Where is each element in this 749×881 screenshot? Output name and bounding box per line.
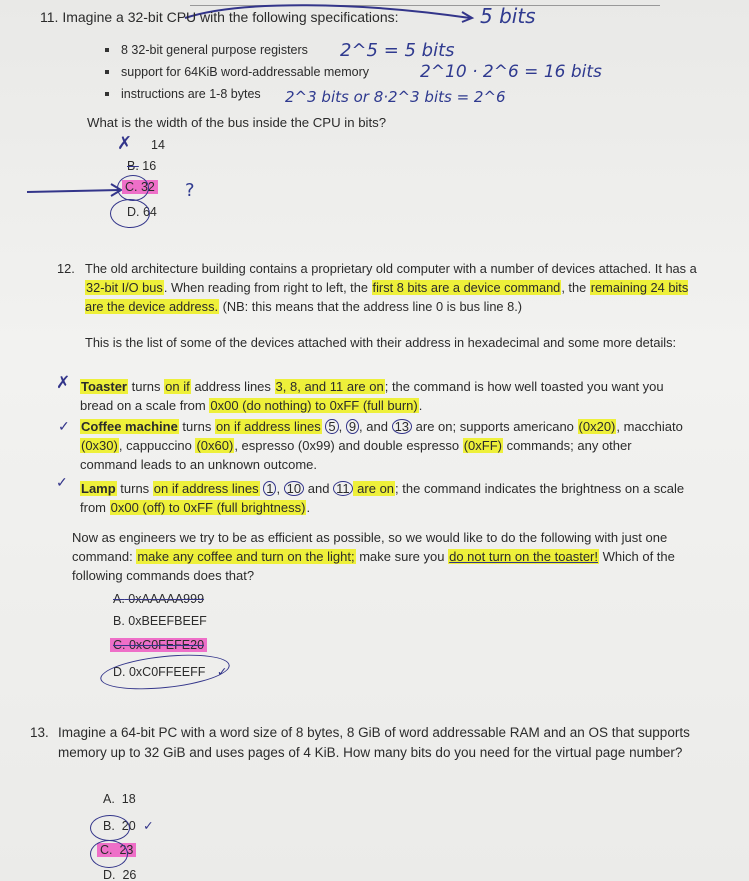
device-text: turns (179, 419, 215, 434)
q12-text: . When reading from right to left, the (164, 280, 372, 295)
highlight: (0xFF) (463, 438, 503, 453)
q12-option-c[interactable]: C. 0xC0FEFE20 (110, 638, 207, 652)
circled-line: 1 (263, 481, 276, 496)
highlight: on if address lines (153, 481, 260, 496)
q12-option-c-text: C. 0xC0FEFE20 (110, 638, 207, 652)
check-mark-icon: ✓ (143, 819, 153, 833)
q11-number: 11. (40, 9, 58, 25)
device-toaster: ✗ Toaster turns on if address lines 3, 8… (64, 377, 689, 415)
q12-text: , the (561, 280, 589, 295)
q11-option-a[interactable]: ✗ 14 (133, 138, 165, 152)
device-text: and (304, 481, 333, 496)
circled-line: 13 (392, 419, 412, 434)
note-question-mark: ? (185, 180, 195, 201)
q12-option-a-value: 0xAAAAA999 (128, 592, 204, 606)
device-text: , espresso (0x99) and double espresso (234, 438, 462, 453)
note-memory: 2^10 · 2^6 = 16 bits (420, 62, 602, 82)
device-text: address lines (191, 379, 275, 394)
highlight: make any coffee and turn on the light; (136, 549, 355, 564)
highlight: do not turn on the toaster! (448, 549, 599, 564)
device-text: are on; supports americano (412, 419, 577, 434)
note-instructions: 2^3 bits or 8·2^3 bits = 2^6 (285, 88, 506, 106)
device-text: , (339, 419, 346, 434)
q11-option-b[interactable]: B. 16 (127, 159, 156, 173)
device-name-lamp: Lamp (80, 481, 117, 496)
q12-option-b-label: B. (113, 614, 125, 628)
q11-option-b-label: B. (127, 159, 139, 173)
q12-option-c-label: C. (113, 638, 126, 652)
check-mark-icon: ✓ (58, 417, 70, 436)
highlight: 0x00 (off) to 0xFF (full brightness) (110, 500, 307, 515)
q13-option-d-value: 26 (122, 868, 136, 881)
circled-line: 10 (284, 481, 304, 496)
device-text: . (306, 500, 310, 515)
q11-stem-text: Imagine a 32-bit CPU with the following … (62, 9, 398, 25)
q11-spec-memory: support for 64KiB word-addressable memor… (103, 63, 369, 82)
exam-page: 5 bits 11. Imagine a 32-bit CPU with the… (0, 0, 749, 881)
circled-line: 11 (333, 481, 353, 496)
device-coffee-machine: ✓ Coffee machine turns on if address lin… (64, 417, 689, 474)
highlight: on if address lines (215, 419, 322, 434)
highlight: on if (164, 379, 191, 394)
q12-option-b-value: 0xBEEFBEEF (128, 614, 207, 628)
note-5-bits-top: 5 bits (480, 4, 536, 28)
q13-option-d[interactable]: D. 26 (103, 868, 136, 881)
q13-option-a[interactable]: A. 18 (103, 792, 136, 806)
highlight: (0x30) (80, 438, 119, 453)
q12-option-c-value: 0xC0FEFE20 (129, 638, 204, 652)
device-name-coffee: Coffee machine (80, 419, 179, 434)
device-text: , (276, 481, 283, 496)
device-text: turns (117, 481, 153, 496)
note-registers: 2^5 = 5 bits (340, 40, 455, 61)
q11-question: What is the width of the bus inside the … (87, 113, 386, 132)
device-text: , macchiato (616, 419, 682, 434)
circled-line: 5 (325, 419, 338, 434)
q13-option-d-label: D. (103, 868, 116, 881)
highlight: (0x20) (578, 419, 617, 434)
highlight-command: first 8 bits are a device command (372, 280, 562, 295)
q12-option-a-label: A. (113, 592, 125, 606)
circle-mark (90, 815, 130, 841)
q13-stem-text: Imagine a 64-bit PC with a word size of … (30, 723, 710, 763)
device-text: turns (128, 379, 164, 394)
q11-option-b-value: 16 (142, 159, 156, 173)
highlight: 0x00 (do nothing) to 0xFF (full burn) (209, 398, 418, 413)
q13-number: 13. (30, 723, 49, 743)
q13-stem: 13. Imagine a 64-bit PC with a word size… (30, 723, 710, 763)
highlight: (0x60) (195, 438, 234, 453)
q12-text: (NB: this means that the address line 0 … (219, 299, 522, 314)
q12-option-a-text: A. 0xAAAAA999 (113, 592, 204, 606)
q12-paragraph-3: Now as engineers we try to be as efficie… (72, 528, 692, 585)
q11-option-a-value: 14 (151, 138, 165, 152)
q11-spec-registers: 8 32-bit general purpose registers (103, 41, 369, 60)
check-mark-icon: ✓ (56, 473, 68, 492)
device-name-toaster: Toaster (80, 379, 128, 394)
q13-option-a-value: 18 (122, 792, 136, 806)
device-text: . (419, 398, 423, 413)
q13-option-a-label: A. (103, 792, 115, 806)
q12-option-a[interactable]: A. 0xAAAAA999 (113, 592, 204, 606)
highlight: 3, 8, and 11 are on (275, 379, 385, 394)
q11-stem: 11. Imagine a 32-bit CPU with the follow… (40, 8, 399, 27)
q12-text: The old architecture building contains a… (85, 261, 697, 276)
device-text: , and (359, 419, 392, 434)
handwritten-arrow-left (25, 180, 125, 200)
cross-mark-icon: ✗ (117, 133, 132, 154)
circle-mark (99, 649, 232, 694)
cross-mark-icon: ✗ (56, 373, 70, 392)
q12-paragraph-2: This is the list of some of the devices … (85, 333, 685, 352)
circled-line: 9 (346, 419, 359, 434)
q12-text: make sure you (356, 549, 449, 564)
highlight: are on (353, 481, 395, 496)
highlight-bus: 32-bit I/O bus (85, 280, 164, 295)
circle-mark (90, 840, 128, 868)
q12-paragraph-1: 12. The old architecture building contai… (57, 259, 697, 316)
q12-number: 12. (57, 259, 75, 278)
circle-mark (110, 199, 150, 228)
q12-option-b[interactable]: B. 0xBEEFBEEF (113, 614, 207, 628)
device-text: , cappuccino (119, 438, 196, 453)
circle-mark (117, 175, 149, 201)
device-lamp: ✓ Lamp turns on if address lines 1, 10 a… (64, 479, 689, 517)
